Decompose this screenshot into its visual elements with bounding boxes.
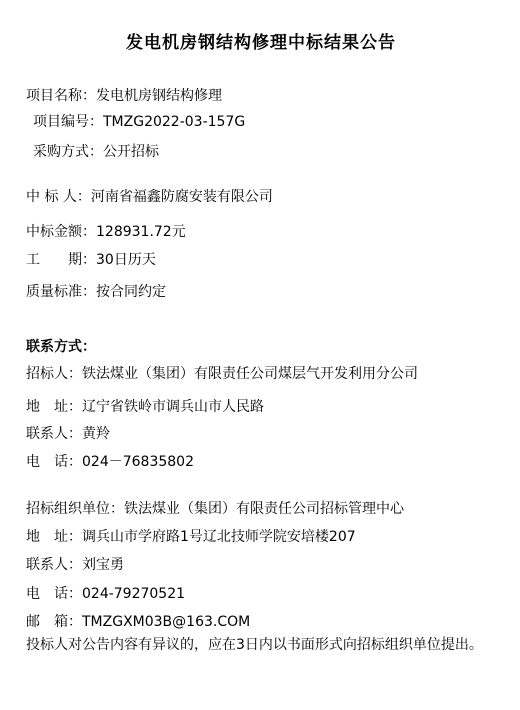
row-value: 128931.72元 <box>96 224 186 240</box>
project-info-section: 项目名称：发电机房钢结构修理 项目编号：TMZG2022-03-157G 采购方… <box>26 89 496 159</box>
row-project-name: 项目名称：发电机房钢结构修理 <box>26 89 496 103</box>
row-value: 调兵山市学府路1号辽北技师学院安培楼207 <box>82 529 356 545</box>
row-label: 项目编号： <box>33 114 103 130</box>
row-construction-period: 工 期：30日历天 <box>26 253 496 267</box>
document-title: 发电机房钢结构修理中标结果公告 <box>26 33 496 53</box>
row-organizer-email: 邮 箱：TMZGXM03B@163.COM <box>26 615 496 629</box>
row-label: 质量标准： <box>26 284 96 300</box>
row-label: 招标人： <box>26 366 82 382</box>
row-value: 河南省福鑫防腐安装有限公司 <box>91 189 273 205</box>
row-label: 电 话： <box>26 454 82 470</box>
row-organizer-unit: 招标组织单位：铁法煤业（集团）有限责任公司招标管理中心 <box>26 502 496 516</box>
row-value: 30日历天 <box>96 252 156 268</box>
row-label: 地 址： <box>26 529 82 545</box>
row-tenderer-phone: 电 话：024－76835802 <box>26 455 496 469</box>
row-value: 公开招标 <box>103 144 159 160</box>
row-value: TMZGXM03B@163.COM <box>82 614 250 630</box>
row-award-amount: 中标金额：128931.72元 <box>26 225 496 239</box>
row-label: 联系人： <box>26 557 82 573</box>
contact-section: 联系方式： 招标人：铁法煤业（集团）有限责任公司煤层气开发利用分公司 地 址：辽… <box>26 340 496 469</box>
organizer-section: 招标组织单位：铁法煤业（集团）有限责任公司招标管理中心 地 址：调兵山市学府路1… <box>26 502 496 629</box>
row-value: TMZG2022-03-157G <box>103 114 245 130</box>
row-label: 工 期： <box>26 252 96 268</box>
row-tenderer: 招标人：铁法煤业（集团）有限责任公司煤层气开发利用分公司 <box>26 367 496 381</box>
row-project-number: 项目编号：TMZG2022-03-157G <box>26 115 496 129</box>
row-value: 024-79270521 <box>82 586 185 602</box>
row-label: 邮 箱： <box>26 614 82 630</box>
row-value: 辽宁省铁岭市调兵山市人民路 <box>82 399 264 415</box>
row-value: 发电机房钢结构修理 <box>96 88 222 104</box>
row-winning-bidder: 中 标 人：河南省福鑫防腐安装有限公司 <box>26 190 496 204</box>
row-value: 刘宝勇 <box>82 557 124 573</box>
row-label: 联系人： <box>26 426 82 442</box>
row-value: 按合同约定 <box>96 284 166 300</box>
announcement-document: 发电机房钢结构修理中标结果公告 项目名称：发电机房钢结构修理 项目编号：TMZG… <box>0 0 520 710</box>
row-tenderer-contact-person: 联系人：黄羚 <box>26 427 496 441</box>
row-quality-standard: 质量标准：按合同约定 <box>26 285 496 299</box>
row-label: 中标金额： <box>26 224 96 240</box>
row-label: 地 址： <box>26 399 82 415</box>
row-value: 铁法煤业（集团）有限责任公司煤层气开发利用分公司 <box>82 366 418 382</box>
row-tenderer-address: 地 址：辽宁省铁岭市调兵山市人民路 <box>26 400 496 414</box>
row-label: 电 话： <box>26 586 82 602</box>
row-organizer-contact-person: 联系人：刘宝勇 <box>26 558 496 572</box>
row-organizer-address: 地 址：调兵山市学府路1号辽北技师学院安培楼207 <box>26 530 496 544</box>
row-label: 招标组织单位： <box>26 501 124 517</box>
row-value: 黄羚 <box>82 426 110 442</box>
row-value: 铁法煤业（集团）有限责任公司招标管理中心 <box>124 501 404 517</box>
contact-heading: 联系方式： <box>26 340 496 354</box>
row-label: 项目名称： <box>26 88 96 104</box>
row-procurement-method: 采购方式：公开招标 <box>26 145 496 159</box>
row-value: 024－76835802 <box>82 454 194 470</box>
objection-note: 投标人对公告内容有异议的，应在3日内以书面形式向招标组织单位提出。 <box>26 638 496 652</box>
row-label: 中 标 人： <box>26 189 91 205</box>
row-organizer-phone: 电 话：024-79270521 <box>26 587 496 601</box>
row-label: 采购方式： <box>33 144 103 160</box>
award-result-section: 中 标 人：河南省福鑫防腐安装有限公司 中标金额：128931.72元 工 期：… <box>26 190 496 299</box>
